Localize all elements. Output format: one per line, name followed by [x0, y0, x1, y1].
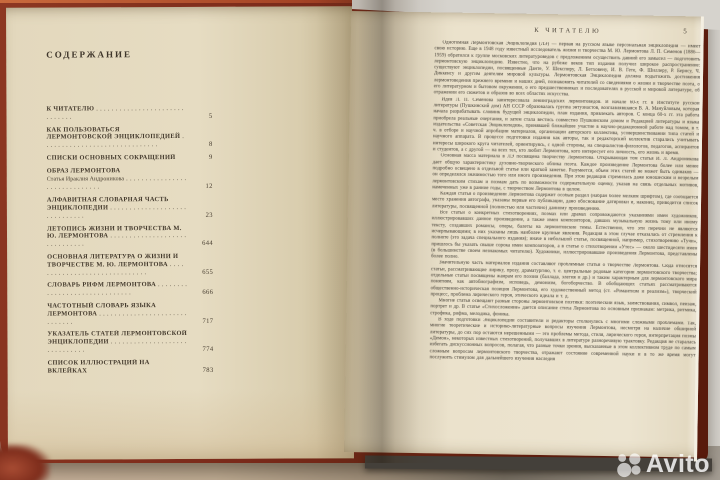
toc-entry-title: СПИСОК ИЛЛЮСТРАЦИЙ НА ВКЛЕЙКАХ: [48, 359, 150, 374]
toc-entry: ЛЕТОПИСЬ ЖИЗНИ И ТВОРЧЕСТВА М. Ю. ЛЕРМОН…: [47, 224, 213, 248]
toc-entry-title: АЛФАВИТНАЯ СЛОВАРНАЯ ЧАСТЬ ЭНЦИКЛОПЕДИИ: [47, 196, 169, 211]
toc-entry: ОБРАЗ ЛЕРМОНТОВАСтатья Ираклия Андронико…: [47, 167, 213, 192]
toc-entry-page: 717: [189, 317, 213, 325]
cover-corner-blur: [0, 444, 50, 480]
toc-entry-page: 655: [189, 268, 213, 276]
preface-text: Однотомная Лермонтовская Энциклопедия (Л…: [430, 40, 701, 365]
body-paragraph: Однотомная Лермонтовская Энциклопедия (Л…: [434, 40, 701, 101]
toc-entry-page: 23: [189, 212, 213, 220]
left-page: СОДЕРЖАНИЕ К ЧИТАТЕЛЮ 5 КАК ПОЛЬЗОВАТЬСЯ…: [6, 6, 354, 460]
body-paragraph: В ходе подготовки Энциклопедии составите…: [430, 317, 697, 365]
toc-entry: ОСНОВНАЯ ЛИТЕРАТУРА О ЖИЗНИ И ТВОРЧЕСТВЕ…: [47, 253, 213, 277]
toc-entry-page: 12: [189, 183, 213, 191]
toc-entry: СЛОВАРЬ РИФМ ЛЕРМОНТОВА 666: [47, 281, 213, 297]
toc-entry-title: ЛЕТОПИСЬ ЖИЗНИ И ТВОРЧЕСТВА М. Ю. ЛЕРМОН…: [47, 225, 182, 240]
toc-entry: СПИСОК ИЛЛЮСТРАЦИЙ НА ВКЛЕЙКАХ 783: [48, 359, 214, 375]
body-paragraph: Основная масса материала в ЛЭ посвящена …: [432, 154, 699, 196]
toc-entry-page: 774: [189, 346, 213, 354]
avito-logo-icon: [616, 451, 643, 478]
body-paragraph: Все статьи о конкретных стихотворениях, …: [431, 210, 698, 265]
table-of-contents: К ЧИТАТЕЛЮ 5 КАК ПОЛЬЗОВАТЬСЯ ЛЕРМОНТОВС…: [46, 105, 213, 375]
toc-entry-subtitle: Статья Ираклия Андроникова: [47, 176, 124, 182]
avito-watermark: Avito: [616, 451, 710, 478]
toc-entry: АЛФАВИТНАЯ СЛОВАРНАЯ ЧАСТЬ ЭНЦИКЛОПЕДИИ …: [47, 196, 213, 220]
toc-entry-page: 666: [189, 289, 213, 297]
toc-entry-title: УКАЗАТЕЛЬ СТАТЕЙ ЛЕРМОНТОВСКОЙ ЭНЦИКЛОПЕ…: [47, 330, 187, 345]
contents-title: СОДЕРЖАНИЕ: [46, 49, 212, 60]
toc-entry-page: 8: [189, 141, 213, 149]
toc-entry-page: 644: [189, 240, 213, 248]
right-page: 5 К ЧИТАТЕЛЮ Однотомная Лермонтовская Эн…: [344, 11, 704, 457]
toc-entry: КАК ПОЛЬЗОВАТЬСЯ ЛЕРМОНТОВСКОЙ ЭНЦИКЛОПЕ…: [47, 125, 213, 149]
toc-entry-page: 5: [188, 113, 212, 121]
toc-entry: УКАЗАТЕЛЬ СТАТЕЙ ЛЕРМОНТОВСКОЙ ЭНЦИКЛОПЕ…: [47, 330, 213, 354]
avito-label: Avito: [646, 452, 710, 477]
body-paragraph: Значительную часть материалов издания со…: [430, 261, 697, 303]
body-paragraph: Идея Л. П. Семенова заинтересовала ленин…: [433, 97, 700, 158]
toc-entry-page: 9: [189, 154, 213, 162]
toc-entry: ЧАСТОТНЫЙ СЛОВАРЬ ЯЗЫКА ЛЕРМОНТОВА 717: [47, 302, 213, 326]
toc-entry-title: ОСНОВНАЯ ЛИТЕРАТУРА О ЖИЗНИ И ТВОРЧЕСТВЕ…: [47, 253, 178, 268]
toc-entry-title: СПИСКИ ОСНОВНЫХ СОКРАЩЕНИЙ: [47, 154, 176, 162]
toc-entry-title: СЛОВАРЬ РИФМ ЛЕРМОНТОВА: [47, 281, 156, 288]
section-header: К ЧИТАТЕЛЮ: [435, 25, 701, 36]
toc-entry-title: ОБРАЗ ЛЕРМОНТОВА: [47, 167, 187, 175]
toc-entry: СПИСКИ ОСНОВНЫХ СОКРАЩЕНИЙ 9: [47, 154, 213, 163]
book-photo: СОДЕРЖАНИЕ К ЧИТАТЕЛЮ 5 КАК ПОЛЬЗОВАТЬСЯ…: [0, 0, 720, 480]
toc-entry-title: КАК ПОЛЬЗОВАТЬСЯ ЛЕРМОНТОВСКОЙ ЭНЦИКЛОПЕ…: [47, 126, 181, 141]
toc-entry-page: 783: [190, 366, 214, 374]
toc-entry: К ЧИТАТЕЛЮ 5: [46, 105, 212, 121]
toc-entry-title: К ЧИТАТЕЛЮ: [46, 105, 94, 112]
toc-entry-title: ЧАСТОТНЫЙ СЛОВАРЬ ЯЗЫКА ЛЕРМОНТОВА: [47, 302, 156, 317]
